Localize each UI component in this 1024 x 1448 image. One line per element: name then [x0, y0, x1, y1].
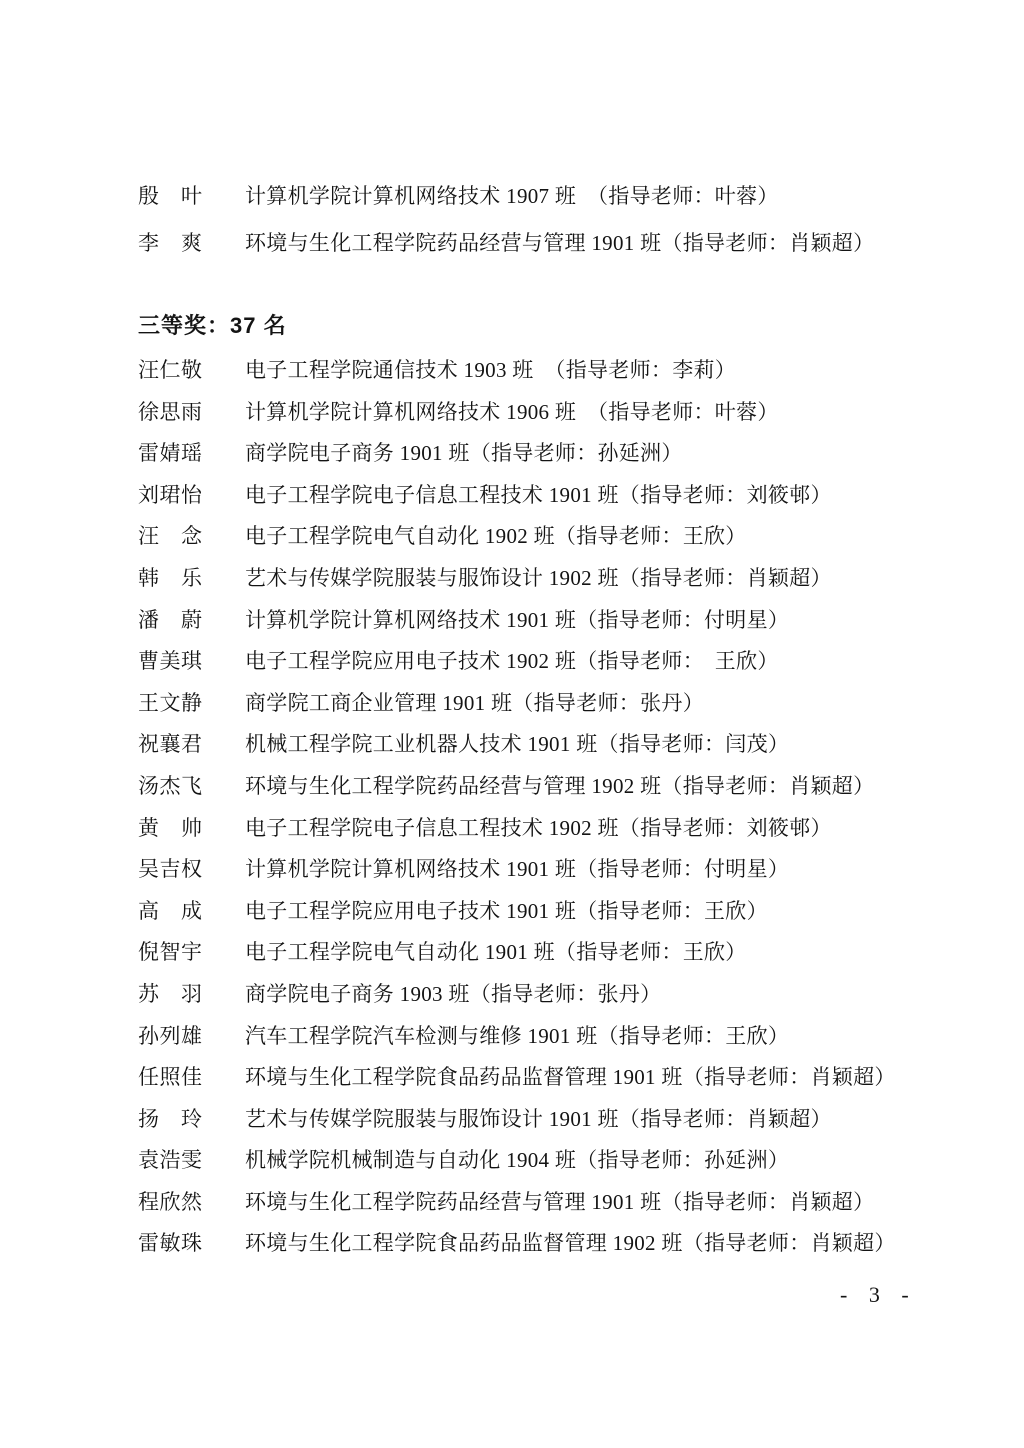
award-entry-row: 雷敏珠环境与生化工程学院食品药品监督管理 1902 班（指导老师：肖颖超） [138, 1230, 964, 1272]
award-entry-row: 王文静商学院工商企业管理 1901 班（指导老师：张丹） [138, 690, 964, 732]
entry-detail: 环境与生化工程学院食品药品监督管理 1902 班（指导老师：肖颖超） [245, 1230, 964, 1257]
student-name: 倪智宇 [138, 939, 245, 966]
entry-detail: 艺术与传媒学院服装与服饰设计 1901 班（指导老师：肖颖超） [245, 1106, 964, 1133]
award-entry-row: 汪 念电子工程学院电气自动化 1902 班（指导老师：王欣） [138, 523, 964, 565]
student-name: 汪仁敬 [138, 357, 245, 384]
award-entry-row: 曹美琪电子工程学院应用电子技术 1902 班（指导老师： 王欣） [138, 648, 964, 690]
award-entry-row: 雷婧瑶商学院电子商务 1901 班（指导老师：孙延洲） [138, 440, 964, 482]
second-prize-continued-list: 殷 叶计算机学院计算机网络技术 1907 班 （指导老师：叶蓉）李 爽环境与生化… [138, 183, 964, 277]
award-entry-row: 苏 羽商学院电子商务 1903 班（指导老师：张丹） [138, 981, 964, 1023]
student-name: 高 成 [138, 898, 245, 925]
student-name: 孙列雄 [138, 1023, 245, 1050]
entry-detail: 汽车工程学院汽车检测与维修 1901 班（指导老师：王欣） [245, 1023, 964, 1050]
student-name: 徐思雨 [138, 399, 245, 426]
entry-detail: 电子工程学院电子信息工程技术 1902 班（指导老师：刘筱邨） [245, 815, 964, 842]
student-name: 刘珺怡 [138, 482, 245, 509]
award-entry-row: 黄 帅电子工程学院电子信息工程技术 1902 班（指导老师：刘筱邨） [138, 815, 964, 857]
third-prize-heading: 三等奖：37 名 [138, 312, 287, 340]
third-prize-list: 汪仁敬电子工程学院通信技术 1903 班 （指导老师：李莉）徐思雨计算机学院计算… [138, 357, 964, 1272]
student-name: 苏 羽 [138, 981, 245, 1008]
entry-detail: 环境与生化工程学院食品药品监督管理 1901 班（指导老师：肖颖超） [245, 1064, 964, 1091]
student-name: 雷敏珠 [138, 1230, 245, 1257]
student-name: 殷 叶 [138, 183, 245, 210]
award-entry-row: 吴吉权计算机学院计算机网络技术 1901 班（指导老师：付明星） [138, 856, 964, 898]
entry-detail: 电子工程学院电气自动化 1901 班（指导老师：王欣） [245, 939, 964, 966]
student-name: 潘 蔚 [138, 607, 245, 634]
entry-detail: 机械学院机械制造与自动化 1904 班（指导老师：孙延洲） [245, 1147, 964, 1174]
student-name: 李 爽 [138, 230, 245, 257]
entry-detail: 电子工程学院通信技术 1903 班 （指导老师：李莉） [245, 357, 964, 384]
entry-detail: 电子工程学院应用电子技术 1901 班（指导老师：王欣） [245, 898, 964, 925]
entry-detail: 机械工程学院工业机器人技术 1901 班（指导老师：闫茂） [245, 731, 964, 758]
student-name: 王文静 [138, 690, 245, 717]
award-entry-row: 李 爽环境与生化工程学院药品经营与管理 1901 班（指导老师：肖颖超） [138, 230, 964, 277]
student-name: 吴吉权 [138, 856, 245, 883]
award-entry-row: 倪智宇电子工程学院电气自动化 1901 班（指导老师：王欣） [138, 939, 964, 981]
award-entry-row: 任照佳环境与生化工程学院食品药品监督管理 1901 班（指导老师：肖颖超） [138, 1064, 964, 1106]
entry-detail: 计算机学院计算机网络技术 1907 班 （指导老师：叶蓉） [245, 183, 964, 210]
entry-detail: 商学院工商企业管理 1901 班（指导老师：张丹） [245, 690, 964, 717]
document-page: 殷 叶计算机学院计算机网络技术 1907 班 （指导老师：叶蓉）李 爽环境与生化… [0, 0, 1024, 1448]
entry-detail: 艺术与传媒学院服装与服饰设计 1902 班（指导老师：肖颖超） [245, 565, 964, 592]
award-entry-row: 潘 蔚计算机学院计算机网络技术 1901 班（指导老师：付明星） [138, 607, 964, 649]
student-name: 韩 乐 [138, 565, 245, 592]
student-name: 汤杰飞 [138, 773, 245, 800]
award-entry-row: 袁浩雯机械学院机械制造与自动化 1904 班（指导老师：孙延洲） [138, 1147, 964, 1189]
entry-detail: 计算机学院计算机网络技术 1901 班（指导老师：付明星） [245, 856, 964, 883]
entry-detail: 商学院电子商务 1903 班（指导老师：张丹） [245, 981, 964, 1008]
page-number: - 3 - [840, 1281, 917, 1309]
entry-detail: 电子工程学院电子信息工程技术 1901 班（指导老师：刘筱邨） [245, 482, 964, 509]
entry-detail: 环境与生化工程学院药品经营与管理 1902 班（指导老师：肖颖超） [245, 773, 964, 800]
award-entry-row: 孙列雄汽车工程学院汽车检测与维修 1901 班（指导老师：王欣） [138, 1023, 964, 1065]
student-name: 黄 帅 [138, 815, 245, 842]
student-name: 曹美琪 [138, 648, 245, 675]
award-entry-row: 徐思雨计算机学院计算机网络技术 1906 班 （指导老师：叶蓉） [138, 399, 964, 441]
award-entry-row: 祝襄君机械工程学院工业机器人技术 1901 班（指导老师：闫茂） [138, 731, 964, 773]
entry-detail: 计算机学院计算机网络技术 1906 班 （指导老师：叶蓉） [245, 399, 964, 426]
award-entry-row: 程欣然环境与生化工程学院药品经营与管理 1901 班（指导老师：肖颖超） [138, 1189, 964, 1231]
entry-detail: 环境与生化工程学院药品经营与管理 1901 班（指导老师：肖颖超） [245, 230, 964, 257]
award-entry-row: 韩 乐艺术与传媒学院服装与服饰设计 1902 班（指导老师：肖颖超） [138, 565, 964, 607]
entry-detail: 电子工程学院应用电子技术 1902 班（指导老师： 王欣） [245, 648, 964, 675]
award-entry-row: 刘珺怡电子工程学院电子信息工程技术 1901 班（指导老师：刘筱邨） [138, 482, 964, 524]
entry-detail: 电子工程学院电气自动化 1902 班（指导老师：王欣） [245, 523, 964, 550]
award-entry-row: 汪仁敬电子工程学院通信技术 1903 班 （指导老师：李莉） [138, 357, 964, 399]
award-entry-row: 殷 叶计算机学院计算机网络技术 1907 班 （指导老师：叶蓉） [138, 183, 964, 230]
entry-detail: 计算机学院计算机网络技术 1901 班（指导老师：付明星） [245, 607, 964, 634]
entry-detail: 商学院电子商务 1901 班（指导老师：孙延洲） [245, 440, 964, 467]
award-entry-row: 扬 玲艺术与传媒学院服装与服饰设计 1901 班（指导老师：肖颖超） [138, 1106, 964, 1148]
student-name: 雷婧瑶 [138, 440, 245, 467]
student-name: 任照佳 [138, 1064, 245, 1091]
student-name: 扬 玲 [138, 1106, 245, 1133]
student-name: 袁浩雯 [138, 1147, 245, 1174]
student-name: 汪 念 [138, 523, 245, 550]
student-name: 祝襄君 [138, 731, 245, 758]
entry-detail: 环境与生化工程学院药品经营与管理 1901 班（指导老师：肖颖超） [245, 1189, 964, 1216]
student-name: 程欣然 [138, 1189, 245, 1216]
award-entry-row: 汤杰飞环境与生化工程学院药品经营与管理 1902 班（指导老师：肖颖超） [138, 773, 964, 815]
award-entry-row: 高 成电子工程学院应用电子技术 1901 班（指导老师：王欣） [138, 898, 964, 940]
